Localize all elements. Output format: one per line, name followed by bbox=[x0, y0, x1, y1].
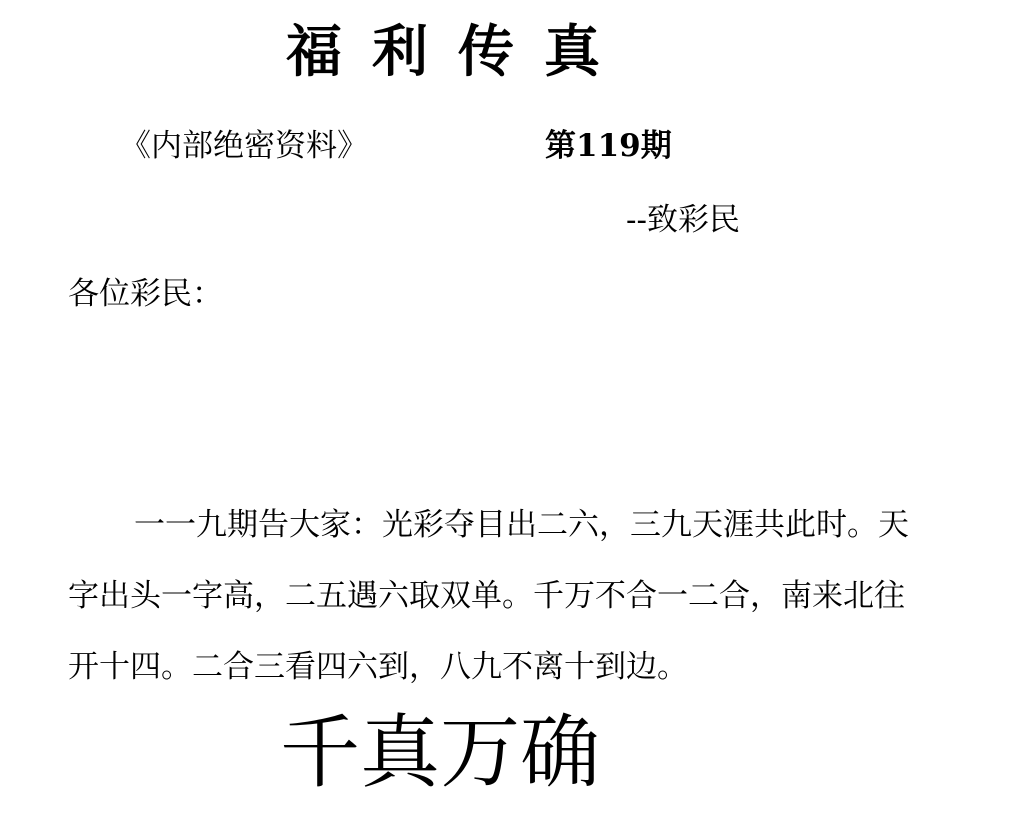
body-line: 开十四。二合三看四六到，八九不离十到边。 bbox=[68, 632, 952, 703]
document-subtitle: 《内部绝密资料》 bbox=[120, 124, 368, 168]
dedication-line: --致彩民 bbox=[626, 198, 740, 242]
greeting: 各位彩民： bbox=[68, 272, 223, 316]
issue-number: 第119期 bbox=[545, 124, 672, 168]
body-line: 字出头一字高，二五遇六取双单。千万不合一二合，南来北往 bbox=[68, 561, 952, 632]
body-paragraph: 一一九期告大家：光彩夺目出二六，三九天涯共此时。天 字出头一字高，二五遇六取双单… bbox=[68, 490, 952, 703]
slogan: 千真万确 bbox=[280, 700, 600, 805]
document-title: 福利传真 bbox=[286, 18, 630, 88]
body-line: 一一九期告大家：光彩夺目出二六，三九天涯共此时。天 bbox=[68, 490, 952, 561]
